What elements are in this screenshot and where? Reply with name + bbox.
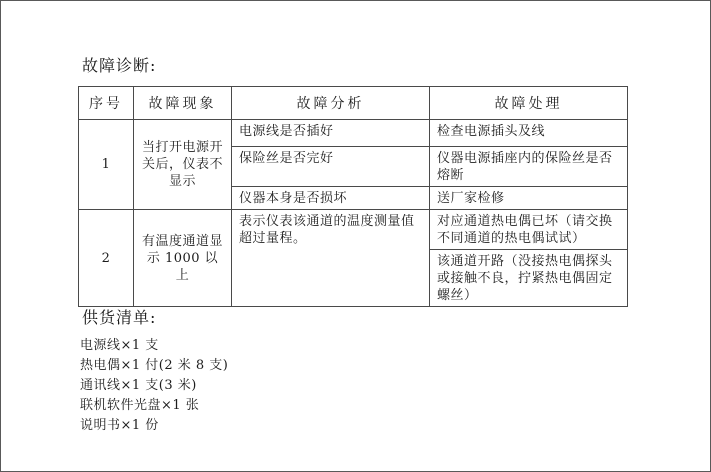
row2-no: 2 [79,210,134,307]
fault-diagnosis-title: 故障诊断: [82,53,156,76]
table-row: 2 有温度通道显示 1000 以上 表示仪表该通道的温度测量值超过量程。 对应通… [79,210,628,250]
row1-analysis-1: 电源线是否插好 [232,120,430,147]
list-item: 热电偶×1 付(2 米 8 支) [80,356,228,376]
header-no: 序号 [79,87,134,120]
header-treatment: 故障处理 [430,87,628,120]
header-phenomenon: 故障现象 [134,87,232,120]
table-header-row: 序号 故障现象 故障分析 故障处理 [79,87,628,120]
fault-diagnosis-table: 序号 故障现象 故障分析 故障处理 1 当打开电源开关后，仪表不显示 电源线是否… [78,86,628,307]
row1-no: 1 [79,120,134,210]
row1-analysis-3: 仪器本身是否损坏 [232,187,430,210]
row1-treatment-3: 送厂家检修 [430,187,628,210]
list-item: 说明书×1 份 [80,416,228,436]
header-analysis: 故障分析 [232,87,430,120]
list-item: 通讯线×1 支(3 米) [80,376,228,396]
row1-treatment-1: 检查电源插头及线 [430,120,628,147]
row2-treatment-1: 对应通道热电偶已坏（请交换不同通道的热电偶试试） [430,210,628,250]
row1-analysis-2: 保险丝是否完好 [232,147,430,187]
row1-phenomenon: 当打开电源开关后，仪表不显示 [134,120,232,210]
row1-treatment-2: 仪器电源插座内的保险丝是否熔断 [430,147,628,187]
list-item: 联机软件光盘×1 张 [80,396,228,416]
supply-list: 电源线×1 支 热电偶×1 付(2 米 8 支) 通讯线×1 支(3 米) 联机… [80,336,228,436]
supply-list-title: 供货清单: [82,305,156,328]
manual-page: 故障诊断: 序号 故障现象 故障分析 故障处理 1 当打开电源开关后，仪表不显示… [0,0,711,472]
list-item: 电源线×1 支 [80,336,228,356]
row2-phenomenon: 有温度通道显示 1000 以上 [134,210,232,307]
row2-analysis: 表示仪表该通道的温度测量值超过量程。 [232,210,430,307]
table-row: 1 当打开电源开关后，仪表不显示 电源线是否插好 检查电源插头及线 [79,120,628,147]
row2-treatment-2: 该通道开路（没接热电偶探头或接触不良，拧紧热电偶固定螺丝） [430,250,628,307]
